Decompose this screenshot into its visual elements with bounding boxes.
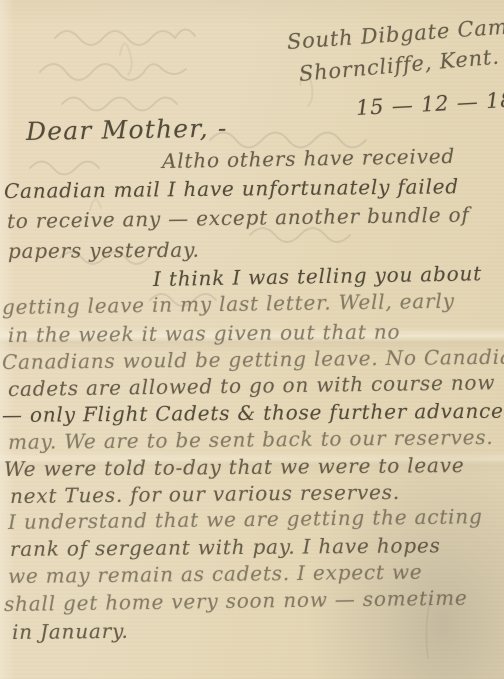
body-line: Altho others have received bbox=[162, 144, 455, 173]
body-line: in the week it was given out that no bbox=[8, 320, 401, 347]
body-line: getting leave in my last letter. Well, e… bbox=[2, 289, 455, 319]
body-line: to receive any — except another bundle o… bbox=[7, 203, 470, 233]
body-line: Canadian mail I have unfortunately faile… bbox=[4, 174, 459, 203]
body-line: — only Flight Cadets & those further adv… bbox=[2, 399, 504, 427]
body-line: We were told to-day that we were to leav… bbox=[4, 453, 465, 481]
body-line: rank of sergeant with pay. I have hopes bbox=[10, 533, 441, 561]
date-line: 15 — 12 — 18. bbox=[355, 87, 504, 120]
salutation: Dear Mother, - bbox=[26, 113, 228, 146]
body-line: we may remain as cadets. I expect we bbox=[8, 560, 423, 588]
body-line: cadets are allowed to go on with course … bbox=[8, 370, 496, 401]
body-line: in January. bbox=[12, 619, 129, 644]
body-line: may. We are to be sent back to our reser… bbox=[8, 425, 494, 454]
letter-page: South Dibgate Camp. Shorncliffe, Kent. 1… bbox=[0, 0, 504, 679]
body-line: I understand that we are getting the act… bbox=[8, 504, 483, 534]
body-line: next Tues. for our various reserves. bbox=[10, 480, 400, 508]
body-line: Canadians would be getting leave. No Can… bbox=[2, 345, 504, 374]
body-line: I think I was telling you about bbox=[153, 261, 482, 291]
body-line: shall get home very soon now — sometime bbox=[4, 586, 468, 616]
body-line: papers yesterday. bbox=[8, 238, 200, 263]
